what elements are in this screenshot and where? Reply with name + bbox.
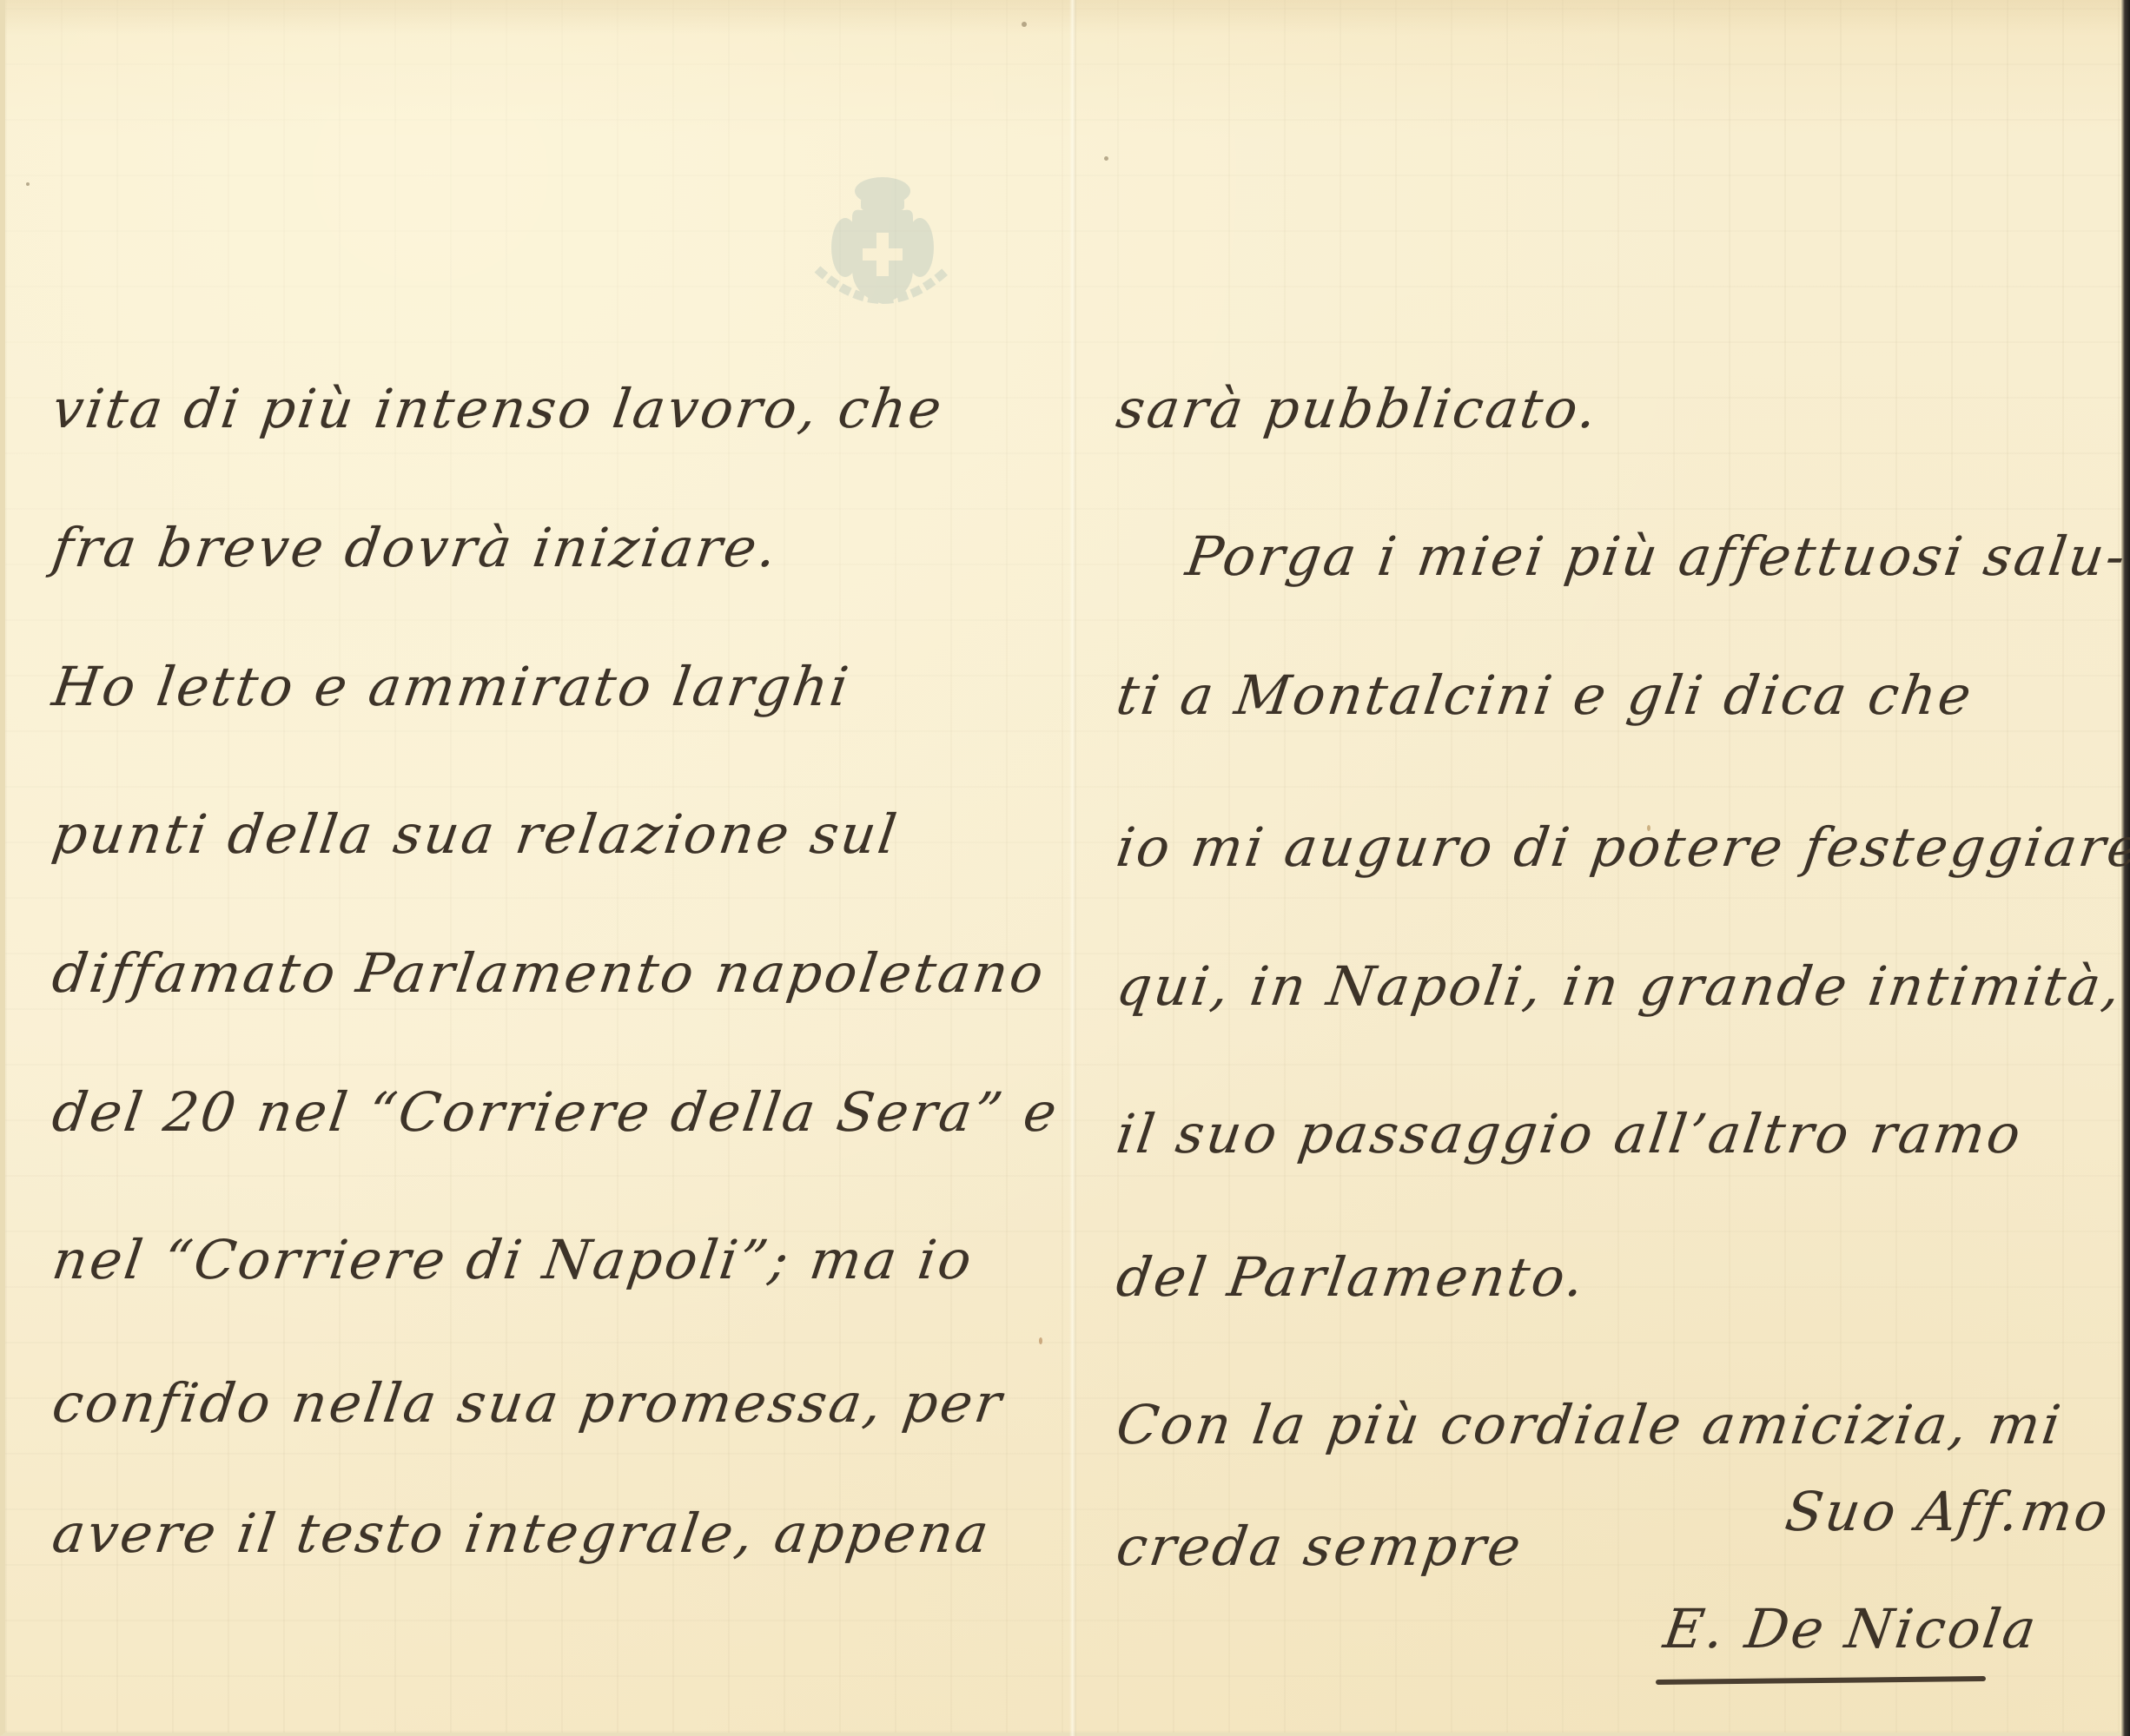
handwritten-line: Ho letto e ammirato larghi	[50, 660, 854, 714]
signature: E. De Nicola	[1661, 1602, 2041, 1656]
paper-speck	[1022, 22, 1027, 27]
handwritten-line: nel “Corriere di Napoli”; ma io	[50, 1233, 977, 1287]
handwritten-line: confido nella sua promessa, per	[50, 1376, 1008, 1430]
handwritten-line: diffamato Parlamento napoletano	[50, 947, 1049, 1000]
handwritten-line: ti a Montalcini e gli dica che	[1114, 669, 1977, 723]
signature-underline	[1656, 1676, 1986, 1685]
handwritten-line: sarà pubblicato.	[1114, 382, 1603, 436]
handwritten-line: punti della sua relazione sul	[50, 808, 903, 861]
handwritten-line: fra breve dovrà iniziare.	[50, 521, 783, 575]
paper-speck	[1104, 156, 1108, 161]
handwritten-line: Porga i miei più affettuosi salu-	[1183, 530, 2130, 584]
handwritten-line: io mi auguro di potere festeggiare	[1114, 821, 2130, 875]
handwritten-line: vita di più intenso lavoro, che	[50, 382, 948, 436]
paper-speck	[1647, 825, 1650, 831]
center-fold-crease	[1069, 0, 1076, 1736]
letter-closing: Suo Aff.mo	[1783, 1485, 2113, 1539]
letterhead-emblem-icon	[791, 165, 965, 321]
paper-speck	[26, 182, 30, 186]
handwritten-line: creda sempre	[1114, 1520, 1526, 1574]
paper-speck	[1039, 1337, 1042, 1344]
handwritten-line: del 20 nel “Corriere della Sera” e	[50, 1086, 1062, 1139]
paper-top-discoloration	[5, 0, 2130, 35]
handwritten-line: qui, in Napoli, in grande intimità,	[1114, 960, 2127, 1013]
letter-sheet: vita di più intenso lavoro, che fra brev…	[0, 0, 2130, 1736]
handwritten-line: del Parlamento.	[1114, 1251, 1590, 1304]
handwritten-line: il suo passaggio all’altro ramo	[1114, 1107, 2027, 1161]
handwritten-line: Con la più cordiale amicizia, mi	[1114, 1398, 2067, 1452]
handwritten-line: avere il testo integrale, appena	[50, 1507, 995, 1561]
